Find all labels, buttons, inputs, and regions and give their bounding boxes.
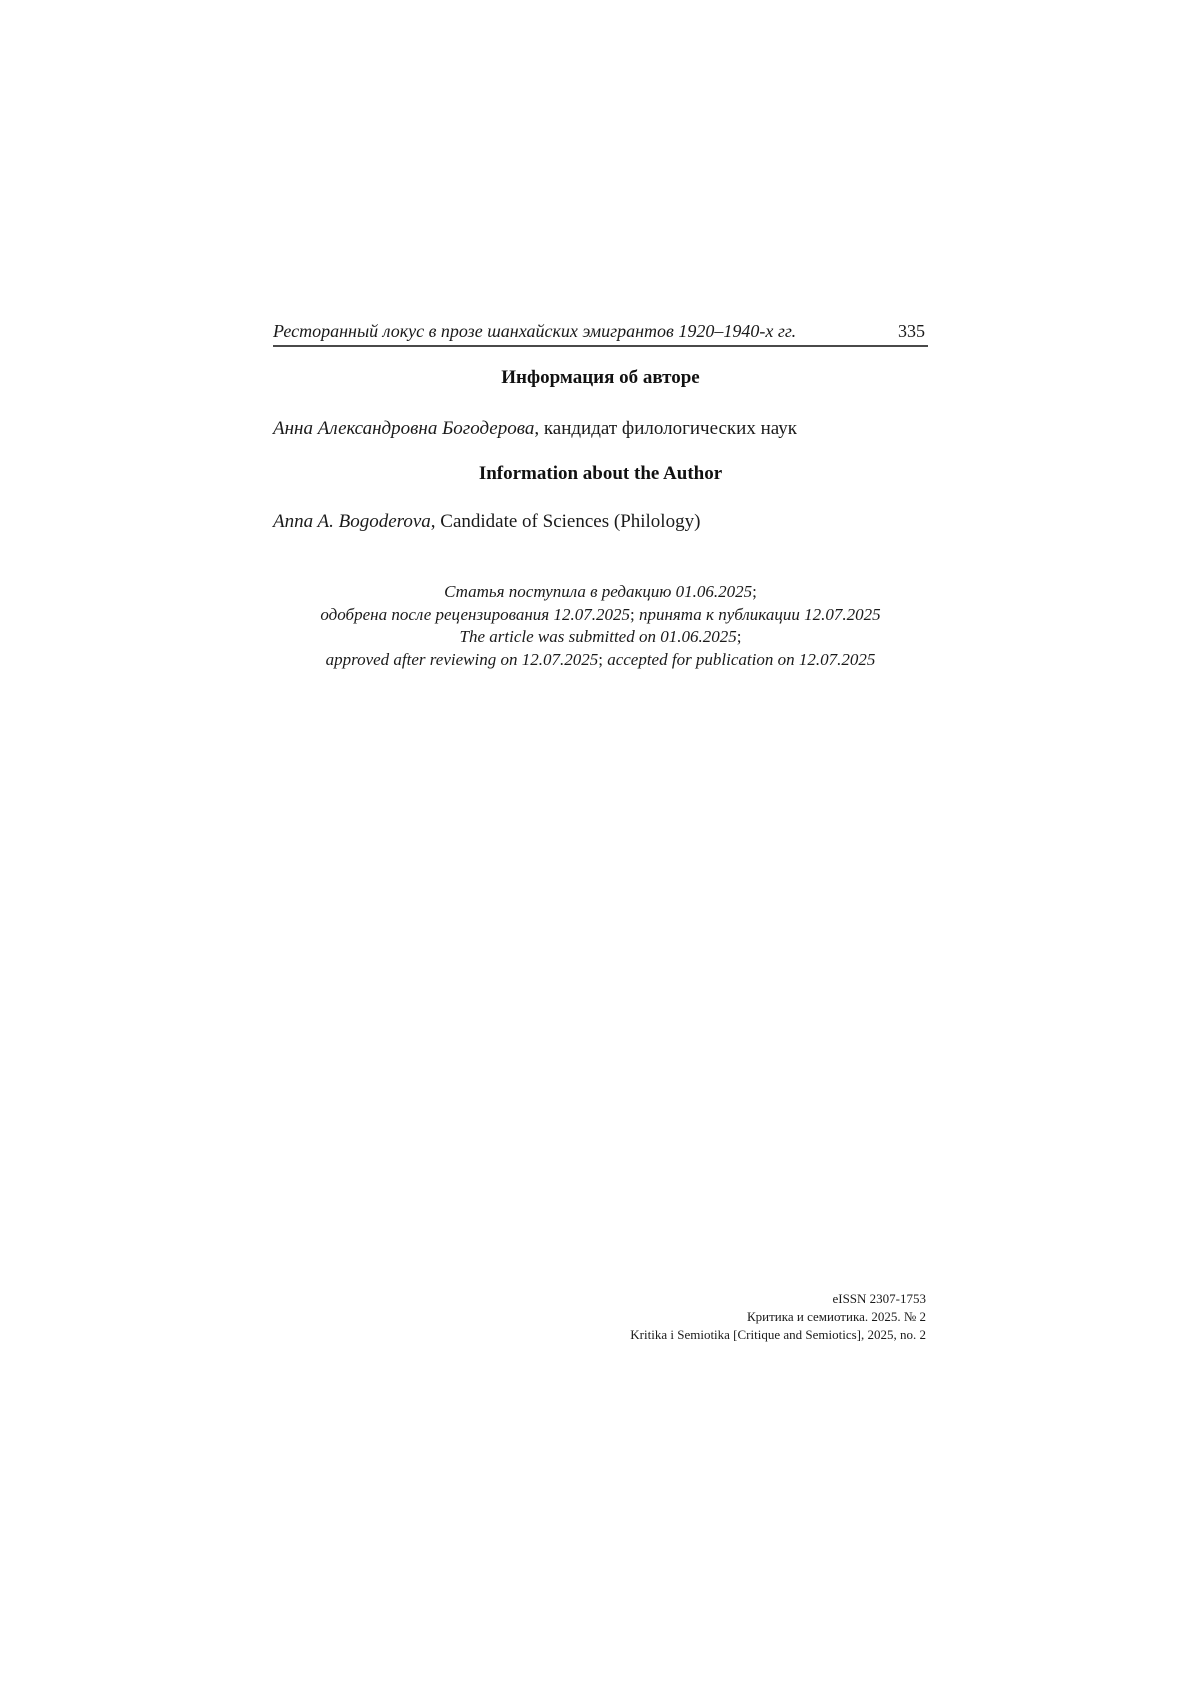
footer-journal-ru: Критика и семиотика. 2025. № 2 <box>630 1308 926 1326</box>
footer-eissn: eISSN 2307-1753 <box>630 1290 926 1308</box>
article-dates: Статья поступила в редакцию 01.06.2025; … <box>273 581 928 671</box>
document-page: Ресторанный локус в прозе шанхайских эми… <box>0 0 1200 1697</box>
author-info-heading-ru: Информация об авторе <box>273 366 928 390</box>
dates-ru-submitted: Статья поступила в редакцию 01.06.2025; <box>273 581 928 604</box>
separator: ; <box>737 627 742 646</box>
date-text: одобрена после рецензирования 12.07.2025 <box>320 605 630 624</box>
author-line-ru: Анна Александровна Богодерова, кандидат … <box>273 417 973 441</box>
author-name-ru: Анна Александровна Богодерова <box>273 418 534 439</box>
page-number: 335 <box>898 320 925 342</box>
date-text: принята к публикации 12.07.2025 <box>635 605 881 624</box>
author-line-en: Anna A. Bogoderova, Candidate of Science… <box>273 510 973 534</box>
date-text: Статья поступила в редакцию 01.06.2025 <box>444 582 752 601</box>
author-name-en: Anna A. Bogoderova <box>273 511 431 532</box>
dates-ru-approved-accepted: одобрена после рецензирования 12.07.2025… <box>273 604 928 627</box>
running-title: Ресторанный локус в прозе шанхайских эми… <box>273 320 796 342</box>
footer-journal-en: Kritika i Semiotika [Critique and Semiot… <box>630 1326 926 1344</box>
dates-en-submitted: The article was submitted on 01.06.2025; <box>273 626 928 649</box>
date-text: The article was submitted on 01.06.2025 <box>460 627 737 646</box>
dates-en-approved-accepted: approved after reviewing on 12.07.2025; … <box>273 649 928 672</box>
journal-footer: eISSN 2307-1753 Критика и семиотика. 202… <box>630 1290 926 1344</box>
date-text: approved after reviewing on 12.07.2025 <box>326 650 599 669</box>
running-header: Ресторанный локус в прозе шанхайских эми… <box>273 318 928 347</box>
date-text: accepted for publication on 12.07.2025 <box>603 650 875 669</box>
author-credentials-en: , Candidate of Sciences (Philology) <box>431 511 701 532</box>
author-credentials-ru: , кандидат филологических наук <box>534 418 797 439</box>
separator: ; <box>752 582 757 601</box>
author-info-heading-en: Information about the Author <box>273 462 928 486</box>
